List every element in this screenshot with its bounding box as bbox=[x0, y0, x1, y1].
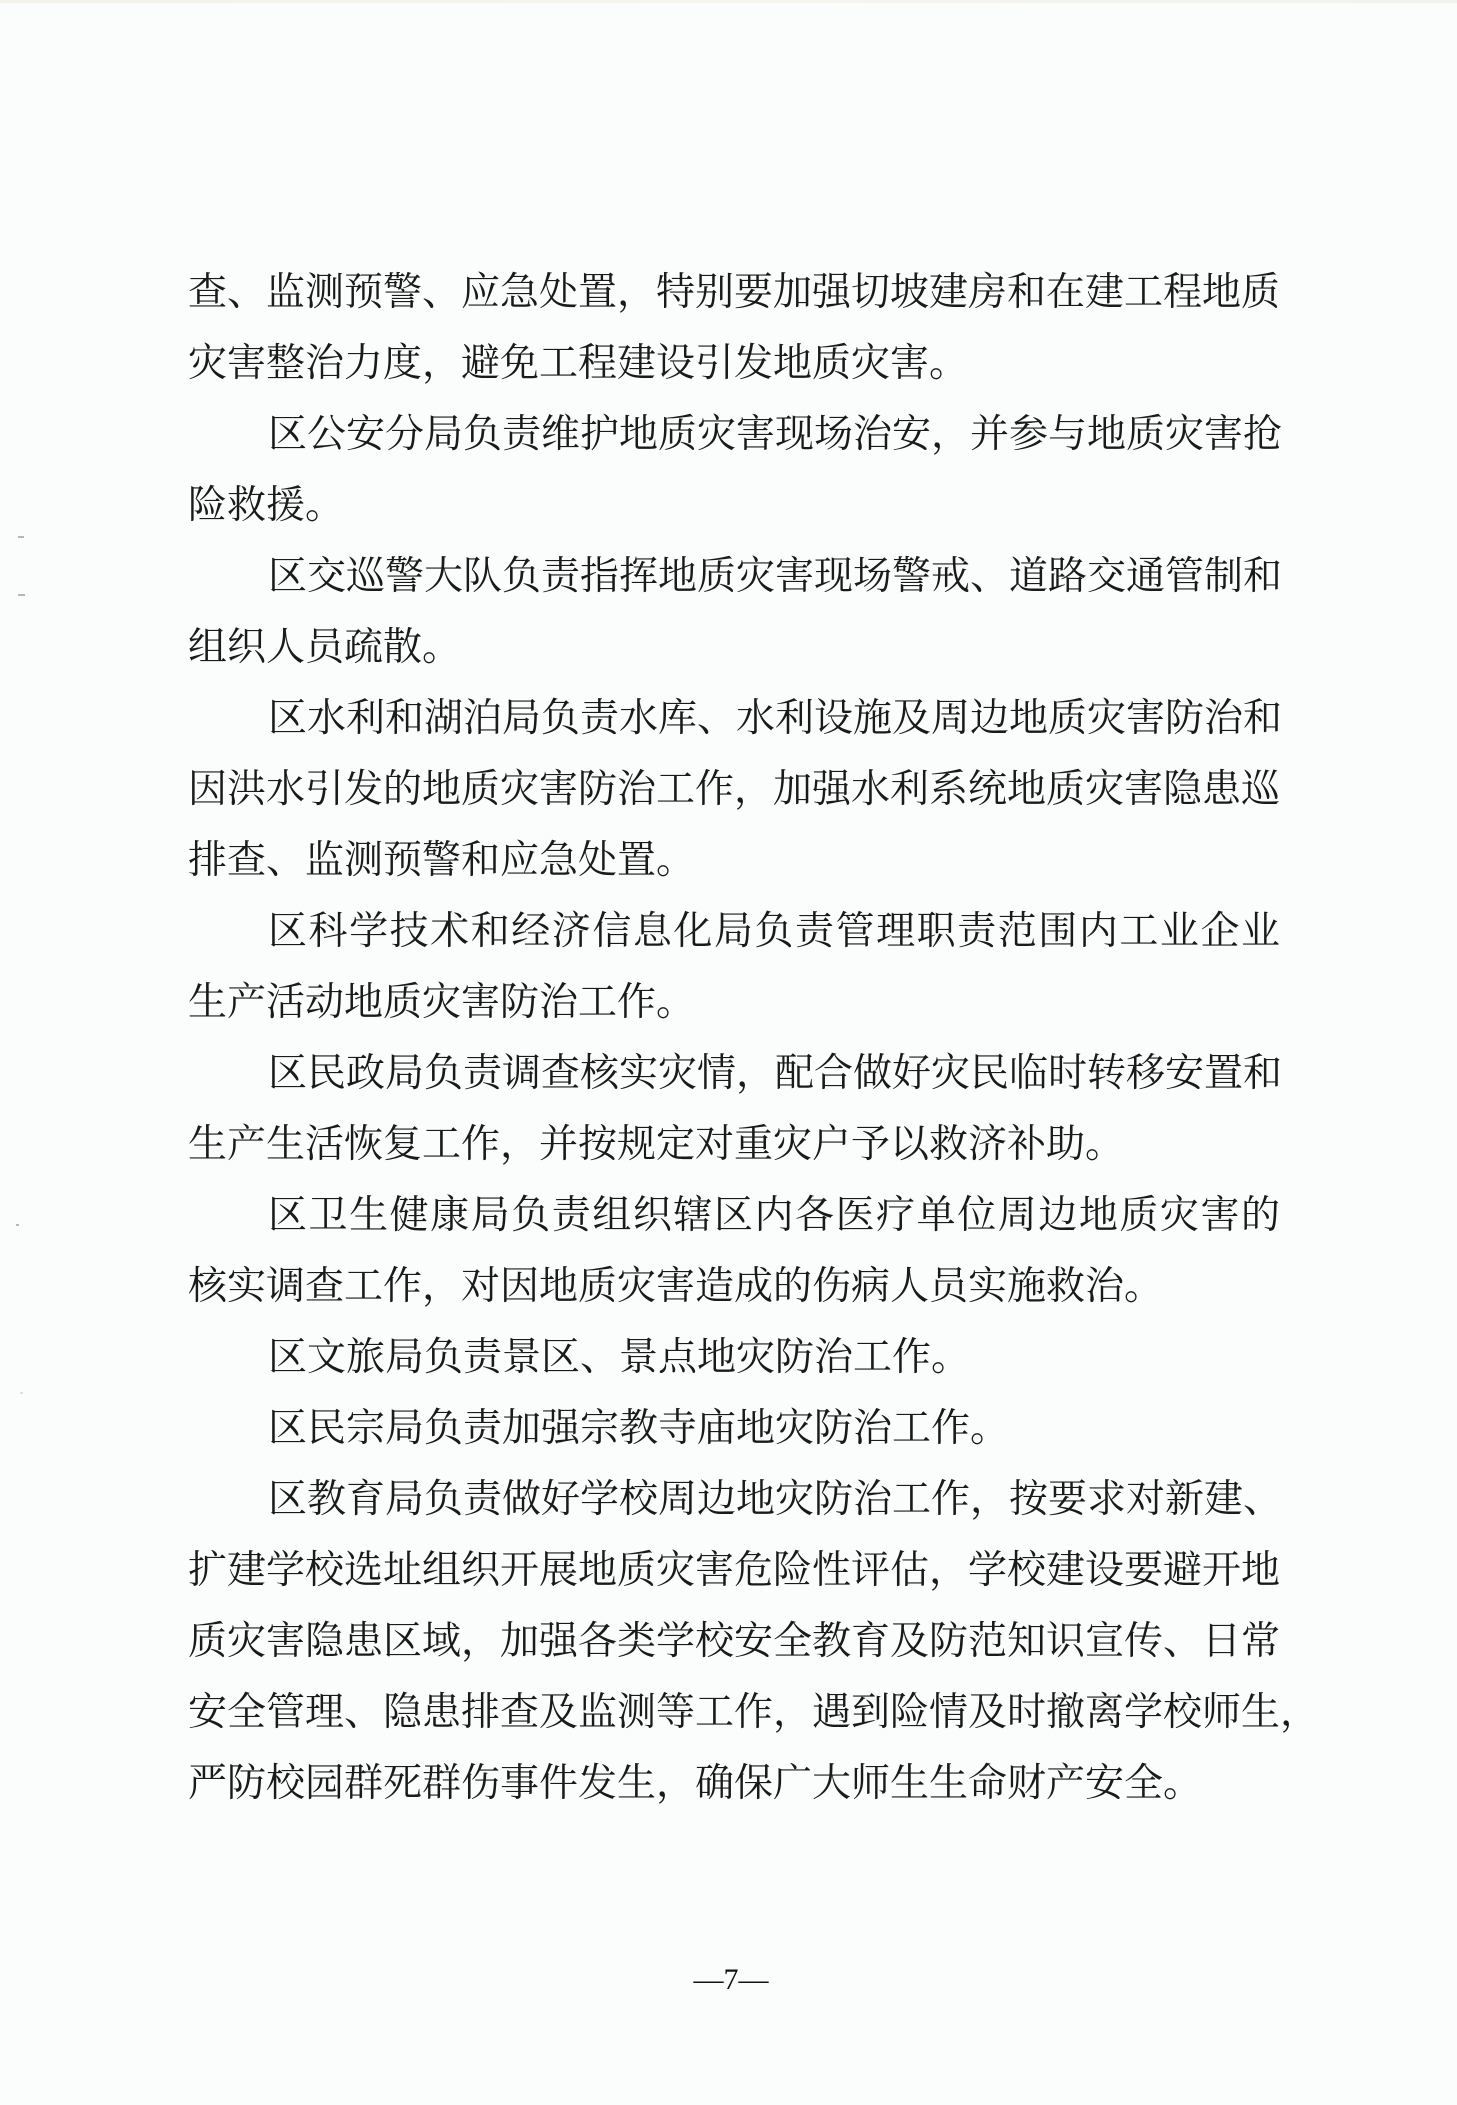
text-line: 区水利和湖泊局负责水库、水利设施及周边地质灾害防治和 bbox=[188, 683, 1280, 754]
paragraph-continuation: 查、监测预警、应急处置，特别要加强切坡建房和在建工程地质 灾害整治力度，避免工程… bbox=[188, 257, 1280, 399]
text-line: 生产生活恢复工作，并按规定对重灾户予以救济补助。 bbox=[188, 1109, 1280, 1180]
text-line: 区公安分局负责维护地质灾害现场治安，并参与地质灾害抢 bbox=[188, 399, 1280, 470]
paragraph-culture-tourism: 区文旅局负责景区、景点地灾防治工作。 bbox=[188, 1322, 1280, 1393]
paragraph-ethnic-religious: 区民宗局负责加强宗教寺庙地灾防治工作。 bbox=[188, 1393, 1280, 1464]
text-line: 质灾害隐患区域，加强各类学校安全教育及防范知识宣传、日常 bbox=[188, 1606, 1280, 1677]
scan-speck bbox=[18, 594, 25, 596]
text-line: 查、监测预警、应急处置，特别要加强切坡建房和在建工程地质 bbox=[188, 257, 1280, 328]
document-body: 查、监测预警、应急处置，特别要加强切坡建房和在建工程地质 灾害整治力度，避免工程… bbox=[188, 257, 1280, 1819]
paragraph-education: 区教育局负责做好学校周边地灾防治工作，按要求对新建、 扩建学校选址组织开展地质灾… bbox=[188, 1464, 1280, 1819]
text-line: 严防校园群死群伤事件发生，确保广大师生生命财产安全。 bbox=[188, 1748, 1280, 1819]
text-line: 排查、监测预警和应急处置。 bbox=[188, 825, 1280, 896]
paragraph-public-security: 区公安分局负责维护地质灾害现场治安，并参与地质灾害抢 险救援。 bbox=[188, 399, 1280, 541]
scan-top-edge bbox=[0, 0, 1457, 3]
text-line: 区交巡警大队负责指挥地质灾害现场警戒、道路交通管制和 bbox=[188, 541, 1280, 612]
paragraph-traffic-police: 区交巡警大队负责指挥地质灾害现场警戒、道路交通管制和 组织人员疏散。 bbox=[188, 541, 1280, 683]
text-line: 区卫生健康局负责组织辖区内各医疗单位周边地质灾害的 bbox=[188, 1180, 1280, 1251]
text-line: 因洪水引发的地质灾害防治工作，加强水利系统地质灾害隐患巡 bbox=[188, 754, 1280, 825]
text-line: 扩建学校选址组织开展地质灾害危险性评估，学校建设要避开地 bbox=[188, 1535, 1280, 1606]
paragraph-science-tech: 区科学技术和经济信息化局负责管理职责范围内工业企业 生产活动地质灾害防治工作。 bbox=[188, 896, 1280, 1038]
paragraph-health: 区卫生健康局负责组织辖区内各医疗单位周边地质灾害的 核实调查工作，对因地质灾害造… bbox=[188, 1180, 1280, 1322]
text-line: 核实调查工作，对因地质灾害造成的伤病人员实施救治。 bbox=[188, 1251, 1280, 1322]
text-line: 区文旅局负责景区、景点地灾防治工作。 bbox=[188, 1322, 1280, 1393]
text-line: 安全管理、隐患排查及监测等工作，遇到险情及时撤离学校师生， bbox=[188, 1677, 1280, 1748]
text-line: 区教育局负责做好学校周边地灾防治工作，按要求对新建、 bbox=[188, 1464, 1280, 1535]
text-line: 灾害整治力度，避免工程建设引发地质灾害。 bbox=[188, 328, 1280, 399]
text-line: 生产活动地质灾害防治工作。 bbox=[188, 967, 1280, 1038]
scan-speck bbox=[20, 1392, 23, 1394]
text-line: 区民宗局负责加强宗教寺庙地灾防治工作。 bbox=[188, 1393, 1280, 1464]
scan-speck bbox=[16, 1224, 19, 1226]
text-line: 区科学技术和经济信息化局负责管理职责范围内工业企业 bbox=[188, 896, 1280, 967]
scan-speck bbox=[18, 536, 24, 538]
page-number: —7— bbox=[688, 1960, 774, 2000]
text-line: 区民政局负责调查核实灾情，配合做好灾民临时转移安置和 bbox=[188, 1038, 1280, 1109]
text-line: 组织人员疏散。 bbox=[188, 612, 1280, 683]
paragraph-civil-affairs: 区民政局负责调查核实灾情，配合做好灾民临时转移安置和 生产生活恢复工作，并按规定… bbox=[188, 1038, 1280, 1180]
text-line: 险救援。 bbox=[188, 470, 1280, 541]
paragraph-water-resources: 区水利和湖泊局负责水库、水利设施及周边地质灾害防治和 因洪水引发的地质灾害防治工… bbox=[188, 683, 1280, 896]
